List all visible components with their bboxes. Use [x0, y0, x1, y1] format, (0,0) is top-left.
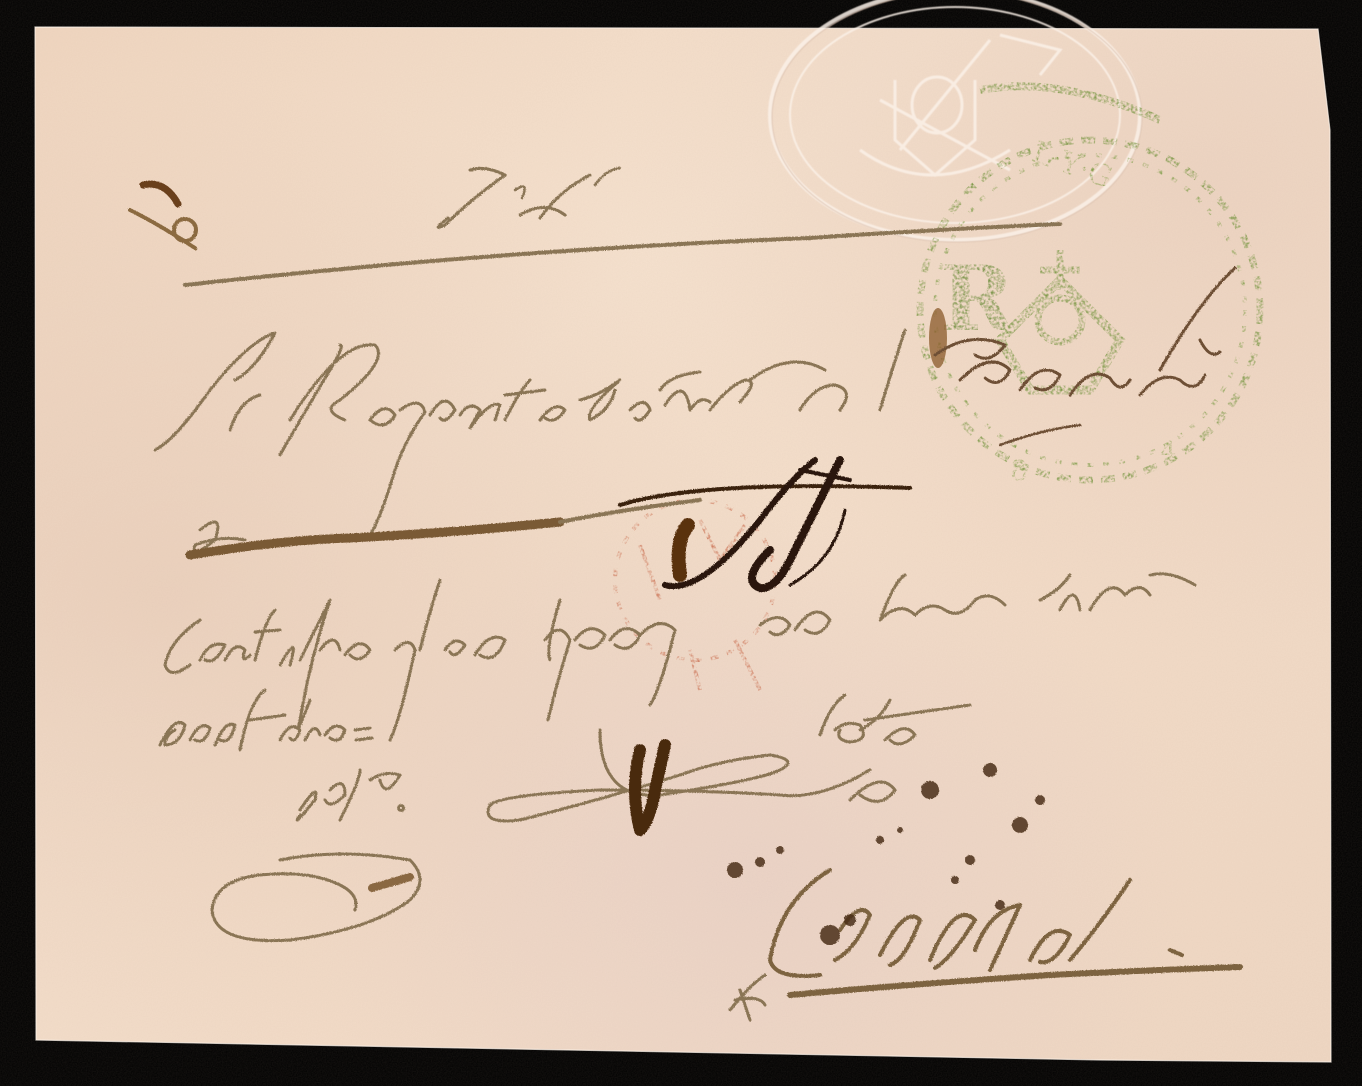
letter-cover: L·Y·G R 8 4 — [0, 0, 1362, 1086]
svg-text:4: 4 — [1160, 437, 1177, 467]
ink-blot — [929, 308, 947, 368]
cover-artwork: L·Y·G R 8 4 — [0, 0, 1362, 1086]
svg-text:8: 8 — [1010, 454, 1028, 487]
